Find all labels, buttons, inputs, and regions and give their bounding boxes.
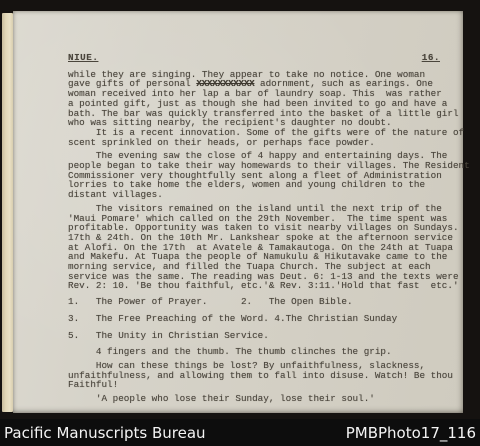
paragraph-gifts: while they are singing. They appear to t… <box>68 70 463 148</box>
page-title: NIUE. <box>68 53 98 63</box>
list-item-5: 5. The Unity in Christian Service. <box>68 331 463 341</box>
caption-bar: Pacific Manuscripts Bureau PMBPhoto17_11… <box>0 419 480 446</box>
list-item-1-2: 1. The Power of Prayer. 2. The Open Bibl… <box>68 297 463 307</box>
closing-quote: 'A people who lose their Sunday, lose th… <box>68 394 463 404</box>
paragraph-gifts-text-b: adornment, such as earings. One woman re… <box>68 78 464 147</box>
manuscript-page: NIUE. 16. while they are singing. They a… <box>13 11 463 413</box>
paragraph-visitors: The visitors remained on the island unti… <box>68 204 463 291</box>
page-header: NIUE. 16. <box>68 53 440 63</box>
book-page-edge <box>2 13 13 412</box>
page-number: 16. <box>422 53 440 63</box>
archive-name-label: Pacific Manuscripts Bureau <box>4 424 206 442</box>
line-fingers: 4 fingers and the thumb. The thumb clinc… <box>68 347 463 357</box>
photo-id-label: PMBPhoto17_116 <box>346 424 476 442</box>
page-content: NIUE. 16. while they are singing. They a… <box>13 11 463 404</box>
list-item-3-4: 3. The Free Preaching of the Word. 4.The… <box>68 314 463 324</box>
paragraph-evening: The evening saw the close of 4 happy and… <box>68 151 463 200</box>
paragraph-lost: How can these things be lost? By unfaith… <box>68 361 463 390</box>
